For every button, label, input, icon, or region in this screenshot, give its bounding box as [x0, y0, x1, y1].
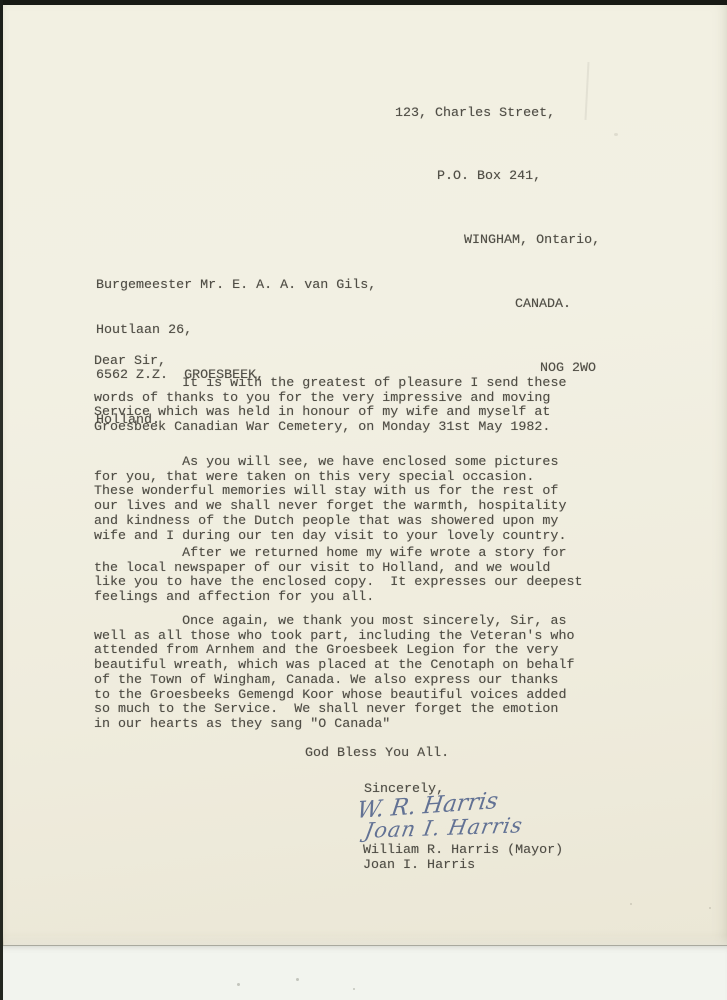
backing-sheet: [2, 945, 727, 1000]
sender-address-line: WINGHAM, Ontario,: [464, 230, 600, 251]
body-paragraph: Once again, we thank you most sincerely,…: [94, 615, 574, 733]
paper-speck: [630, 903, 632, 905]
paper-speck: [709, 907, 711, 909]
scanned-letter: 123, Charles Street, P.O. Box 241, WINGH…: [0, 0, 727, 1000]
scan-top-edge: [0, 0, 727, 5]
body-paragraph: As you will see, we have enclosed some p…: [94, 456, 566, 544]
salutation: Dear Sir,: [94, 355, 166, 370]
paper-speck: [296, 978, 299, 981]
paper-speck: [237, 983, 240, 986]
sender-address-line: CANADA.: [515, 294, 600, 315]
sender-address-line: 123, Charles Street,: [395, 103, 600, 124]
blessing-line: God Bless You All.: [305, 747, 449, 762]
sender-address-line: P.O. Box 241,: [437, 166, 600, 187]
body-paragraph: After we returned home my wife wrote a s…: [94, 547, 582, 606]
paper-speck: [353, 988, 355, 990]
body-paragraph: It is with the greatest of pleasure I se…: [94, 377, 566, 436]
handwritten-signature-joan: Joan I. Harris: [363, 813, 525, 843]
recipient-address-line: Houtlaan 26,: [96, 323, 376, 338]
typed-signatory-name: William R. Harris (Mayor): [363, 844, 563, 859]
sender-address: 123, Charles Street, P.O. Box 241, WINGH…: [395, 60, 600, 422]
scan-left-edge: [0, 0, 3, 1000]
typed-signatory-name: Joan I. Harris: [363, 859, 475, 874]
recipient-address-line: Burgemeester Mr. E. A. A. van Gils,: [96, 278, 376, 293]
paper-speck: [614, 133, 618, 136]
letter-paper: 123, Charles Street, P.O. Box 241, WINGH…: [2, 4, 727, 945]
